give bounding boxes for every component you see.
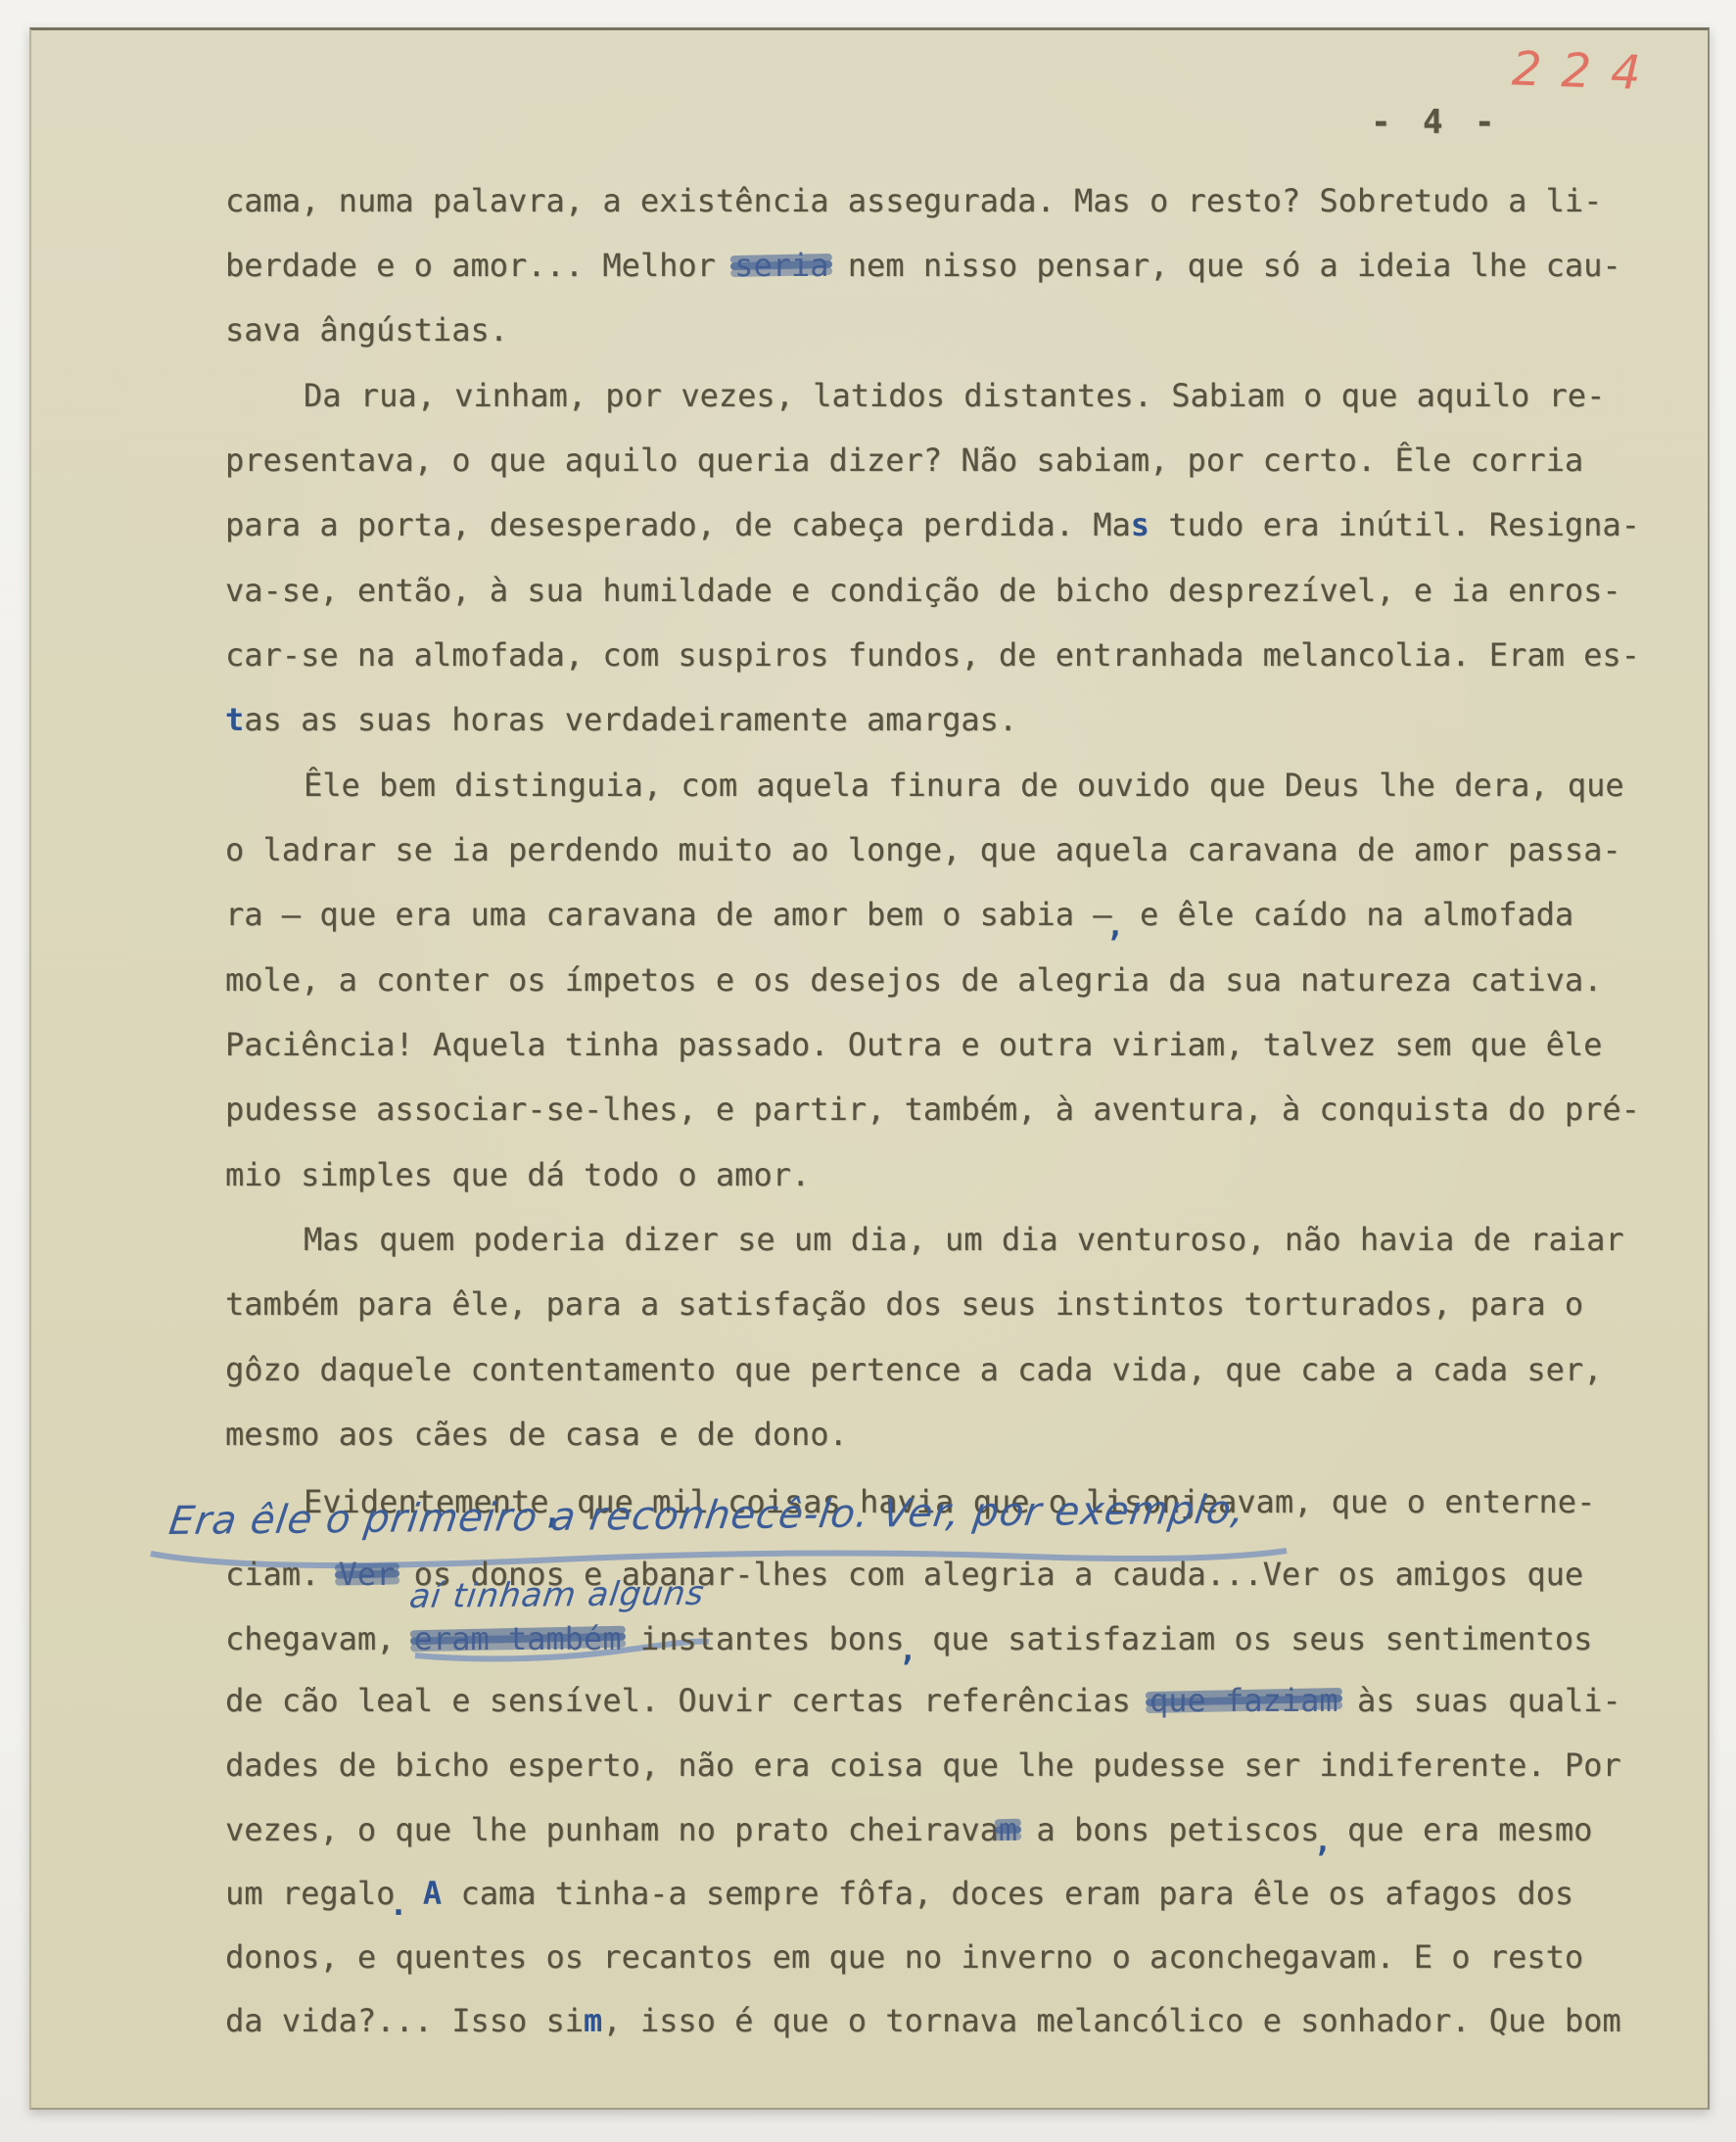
typed-text: , isso é que o tornava melancólico e son… [602, 2002, 1620, 2039]
typed-text: Da rua, vinham, por vezes, latidos dista… [304, 377, 1605, 414]
ink-correction: m [584, 2002, 602, 2039]
typed-text: va-se, então, à sua humildade e condição… [225, 572, 1621, 609]
typed-line: de cão leal e sensível. Ouvir certas ref… [225, 1681, 1621, 1720]
struck-word: m [999, 1811, 1017, 1848]
typed-text: berdade e o amor... Melhor [225, 247, 734, 284]
typed-text: Êle bem distinguia, com aquela finura de… [304, 767, 1624, 804]
typed-line: gôzo daquele contentamento que pertence … [225, 1350, 1602, 1389]
typed-text: um regalo [225, 1875, 395, 1912]
typed-line: ra — que era uma caravana de amor bem o … [225, 895, 1573, 934]
typed-text: de cão leal e sensível. Ouvir certas ref… [225, 1682, 1150, 1719]
page-number: - 4 - [1371, 103, 1500, 142]
typed-line: chegavam, eram também instantes bons, qu… [225, 1619, 1592, 1658]
typed-text: ra — que era uma caravana de amor bem o … [225, 896, 1111, 933]
typed-line: cama, numa palavra, a existência assegur… [225, 181, 1602, 220]
struck-word: Ver [339, 1556, 396, 1593]
typed-line: também para êle, para a satisfação dos s… [225, 1284, 1583, 1324]
typed-text: às suas quali- [1338, 1682, 1621, 1719]
typed-line: dades de bicho esperto, não era coisa qu… [225, 1746, 1621, 1785]
typed-text: instantes bons [622, 1620, 905, 1657]
typed-text: pudesse associar-se-lhes, e partir, tamb… [225, 1091, 1640, 1128]
typed-line: va-se, então, à sua humildade e condição… [225, 571, 1621, 610]
typed-text: que satisfaziam os seus sentimentos [914, 1620, 1593, 1657]
typed-text: Paciência! Aquela tinha passado. Outra e… [225, 1026, 1602, 1063]
ink-correction: , [1313, 1822, 1332, 1859]
typed-text: também para êle, para a satisfação dos s… [225, 1285, 1583, 1323]
handwritten-note: aí tinham alguns [407, 1574, 707, 1616]
typed-text: car-se na almofada, com suspiros fundos,… [225, 636, 1640, 674]
typed-text: tudo era inútil. Resigna- [1150, 506, 1640, 543]
typed-text: chegavam, [225, 1620, 414, 1657]
typed-line: um regalo. A cama tinha-a sempre fôfa, d… [225, 1874, 1573, 1913]
ink-correction: A [404, 1875, 443, 1912]
typed-text: mesmo aos cães de casa e de dono. [225, 1416, 848, 1453]
ink-correction: , [1105, 907, 1124, 944]
typed-text: Mas quem poderia dizer se um dia, um dia… [304, 1221, 1624, 1258]
typed-line: presentava, o que aquilo queria dizer? N… [225, 441, 1583, 480]
typed-line: berdade e o amor... Melhor seria nem nis… [225, 246, 1621, 285]
typed-line: Da rua, vinham, por vezes, latidos dista… [225, 376, 1605, 415]
typed-text: que era mesmo [1329, 1811, 1593, 1848]
typed-text: sava ângústias. [225, 311, 508, 349]
typed-text: gôzo daquele contentamento que pertence … [225, 1351, 1602, 1388]
typed-line: Êle bem distinguia, com aquela finura de… [225, 766, 1624, 805]
typed-text: cama tinha-a sempre fôfa, doces eram par… [442, 1875, 1573, 1912]
typed-text: da vida?... Isso si [225, 2002, 584, 2039]
typed-line: donos, e quentes os recantos em que no i… [225, 1937, 1583, 1977]
typed-line: tas as suas horas verdadeiramente amarga… [225, 700, 1017, 739]
scanner-background: 224 - 4 - cama, numa palavra, a existênc… [0, 0, 1736, 2142]
typed-text: o ladrar se ia perdendo muito ao longe, … [225, 831, 1621, 868]
typed-text: mole, a conter os ímpetos e os desejos d… [225, 961, 1602, 999]
ink-correction: t [225, 701, 244, 738]
typed-line: sava ângústias. [225, 310, 508, 349]
ink-correction: . [389, 1886, 407, 1923]
typed-text: para a porta, desesperado, de cabeça per… [225, 506, 1131, 543]
typed-line: Paciência! Aquela tinha passado. Outra e… [225, 1025, 1602, 1064]
struck-word: seria [734, 247, 828, 284]
typed-line: o ladrar se ia perdendo muito ao longe, … [225, 830, 1621, 869]
typed-text: as as suas horas verdadeiramente amargas… [244, 701, 1017, 738]
typed-text: dades de bicho esperto, não era coisa qu… [225, 1746, 1621, 1784]
typed-line: da vida?... Isso sim, isso é que o torna… [225, 2001, 1621, 2040]
typed-text: presentava, o que aquilo queria dizer? N… [225, 442, 1583, 479]
typed-line: para a porta, desesperado, de cabeça per… [225, 505, 1640, 544]
ink-correction: s [1131, 506, 1150, 543]
typed-text: e êle caído na almofada [1121, 896, 1573, 933]
typed-text: vezes, o que lhe punham no prato cheirav… [225, 1811, 999, 1848]
typed-text: ciam. [225, 1556, 339, 1593]
typed-line: Mas quem poderia dizer se um dia, um dia… [225, 1220, 1624, 1259]
typed-text: donos, e quentes os recantos em que no i… [225, 1938, 1583, 1976]
struck-word: que faziam [1150, 1682, 1338, 1719]
typed-line: vezes, o que lhe punham no prato cheirav… [225, 1810, 1592, 1849]
typed-text: a bons petiscos [1017, 1811, 1319, 1848]
typed-line: pudesse associar-se-lhes, e partir, tamb… [225, 1090, 1640, 1129]
struck-word: eram também [414, 1620, 622, 1657]
typed-line: mesmo aos cães de casa e de dono. [225, 1415, 848, 1454]
typed-text: nem nisso pensar, que só a ideia lhe cau… [829, 247, 1621, 284]
typescript-page: 224 - 4 - cama, numa palavra, a existênc… [29, 27, 1710, 2110]
typed-line: car-se na almofada, com suspiros fundos,… [225, 635, 1640, 675]
ink-correction: , [899, 1631, 917, 1668]
stamp-number: 224 [1511, 41, 1661, 101]
typed-text: cama, numa palavra, a existência assegur… [225, 182, 1602, 219]
typed-line: mole, a conter os ímpetos e os desejos d… [225, 960, 1602, 1000]
typed-text: mio simples que dá todo o amor. [225, 1156, 810, 1193]
typed-line: mio simples que dá todo o amor. [225, 1155, 810, 1194]
